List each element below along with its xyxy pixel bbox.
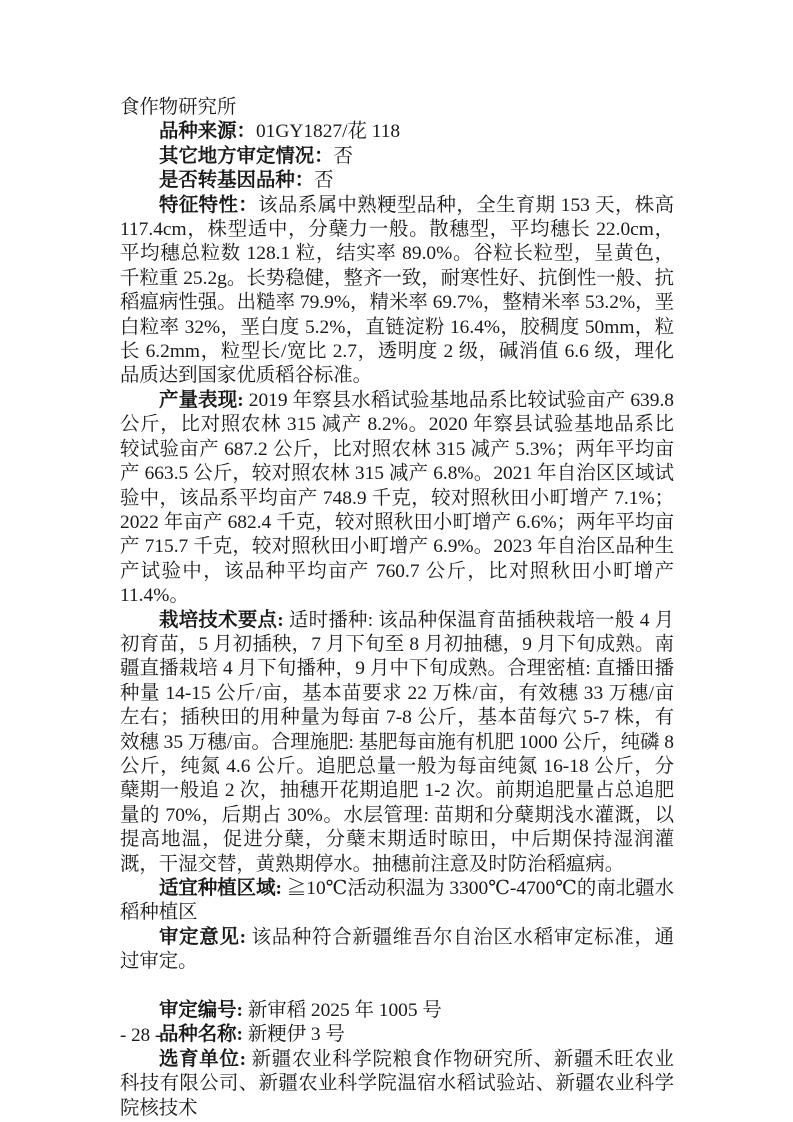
- approval-opinion: 审定意见: 该品种符合新疆维吾尔自治区水稻审定标准，通过审定。: [120, 926, 674, 975]
- page-number: - 28 -: [120, 1024, 161, 1048]
- variety-name: 品种名称: 新粳伊 3 号: [120, 1023, 674, 1047]
- yield-value: 2019 年察县水稻试验基地品系比较试验亩产 639.8 公斤，比对照农林 31…: [120, 390, 674, 606]
- traits-value: 该品系属中熟粳型品种，全生育期 153 天，株高 117.4cm，株型适中，分蘖…: [120, 195, 674, 387]
- approval-number: 审定编号: 新审稻 2025 年 1005 号: [120, 999, 674, 1023]
- suitable-region: 适宜种植区域: ≧10℃活动积温为 3300℃-4700℃的南北疆水稻种植区: [120, 877, 674, 926]
- other-approval: 其它地方审定情况：否: [120, 145, 674, 169]
- variety-name-label: 品种名称:: [159, 1024, 243, 1045]
- document-body: 食作物研究所 品种来源：01GY1827/花 118 其它地方审定情况：否 是否…: [120, 96, 674, 1121]
- variety-source-value: 01GY1827/花 118: [256, 121, 400, 142]
- transgenic: 是否转基因品种：否: [120, 169, 674, 193]
- region-label: 适宜种植区域:: [159, 878, 282, 899]
- transgenic-label: 是否转基因品种：: [159, 170, 314, 191]
- opinion-label: 审定意见:: [159, 927, 246, 948]
- transgenic-value: 否: [314, 170, 333, 191]
- approval-number-label: 审定编号:: [159, 1000, 243, 1021]
- cultivation-label: 栽培技术要点:: [159, 610, 284, 631]
- other-approval-label: 其它地方审定情况：: [159, 146, 334, 167]
- section-gap: [120, 975, 674, 999]
- cultivation-points: 栽培技术要点: 适时播种: 该品种保温育苗插秧栽培一般 4 月初育苗，5 月初插…: [120, 609, 674, 877]
- yield-performance: 产量表现: 2019 年察县水稻试验基地品系比较试验亩产 639.8 公斤，比对…: [120, 389, 674, 609]
- variety-name-value: 新粳伊 3 号: [243, 1024, 345, 1045]
- breeding-unit-label: 选育单位:: [159, 1049, 246, 1070]
- other-approval-value: 否: [334, 146, 353, 167]
- breeding-unit: 选育单位: 新疆农业科学院粮食作物研究所、新疆禾旺农业科技有限公司、新疆农业科学…: [120, 1048, 674, 1121]
- traits: 特征特性：该品系属中熟粳型品种，全生育期 153 天，株高 117.4cm，株型…: [120, 194, 674, 389]
- approval-number-value: 新审稻 2025 年 1005 号: [243, 1000, 442, 1021]
- cultivation-value: 适时播种: 该品种保温育苗插秧栽培一般 4 月初育苗，5 月初插秧，7 月下旬至…: [120, 610, 674, 875]
- traits-label: 特征特性：: [159, 195, 258, 216]
- variety-source: 品种来源：01GY1827/花 118: [120, 120, 674, 144]
- continued-text: 食作物研究所: [120, 96, 674, 120]
- variety-source-label: 品种来源：: [159, 121, 256, 142]
- yield-label: 产量表现:: [159, 390, 244, 411]
